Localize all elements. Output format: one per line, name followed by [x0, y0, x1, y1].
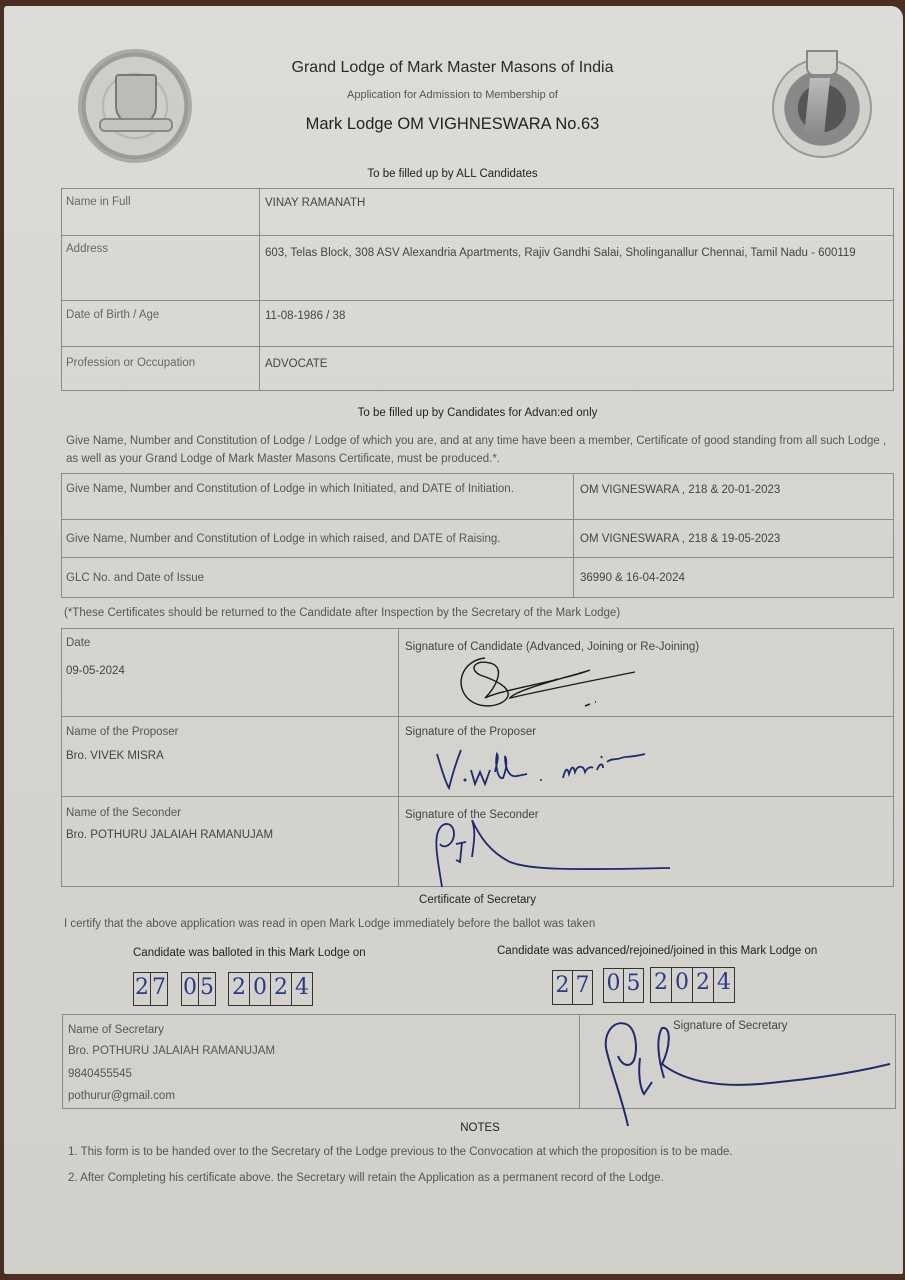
digit: 2: [229, 973, 250, 1005]
digit: 2: [271, 973, 292, 1005]
dob-label: Date of Birth / Age: [66, 309, 159, 321]
balloted-month-boxes[interactable]: 0 5: [181, 972, 216, 1006]
digit: 2: [134, 973, 151, 1005]
date-value[interactable]: 09-05-2024: [66, 665, 125, 677]
digit: 5: [199, 973, 215, 1005]
advanced-instructions: Give Name, Number and Constitution of Lo…: [66, 432, 892, 468]
balloted-day-boxes[interactable]: 2 7: [133, 972, 168, 1006]
digit: 2: [651, 968, 672, 1002]
proposer-signature[interactable]: [435, 742, 665, 792]
secretary-phone[interactable]: 9840455545: [68, 1068, 132, 1080]
proposer-signature-label: Signature of the Proposer: [405, 726, 536, 738]
address-label: Address: [66, 243, 108, 255]
note-2: 2. After Completing his certificate abov…: [68, 1172, 664, 1184]
digit: 7: [573, 971, 592, 1004]
raising-label: Give Name, Number and Constitution of Lo…: [66, 533, 500, 545]
digit: 4: [714, 968, 734, 1002]
org-title: Grand Lodge of Mark Master Masons of Ind…: [0, 59, 905, 77]
secretary-name[interactable]: Bro. POTHURU JALAIAH RAMANUJAM: [68, 1045, 275, 1057]
address-value[interactable]: 603, Telas Block, 308 ASV Alexandria Apa…: [265, 245, 887, 261]
notes-heading: NOTES: [0, 1122, 905, 1134]
secretary-statement: I certify that the above application was…: [64, 918, 595, 930]
secretary-certificate-heading: Certificate of Secretary: [0, 894, 905, 906]
lodge-title: Mark Lodge OM VIGHNESWARA No.63: [0, 115, 905, 134]
digit: 0: [182, 973, 199, 1005]
digit: 0: [672, 968, 693, 1002]
digit: 2: [553, 971, 573, 1004]
digit: 7: [151, 973, 167, 1005]
balloted-label: Candidate was balloted in this Mark Lodg…: [133, 947, 366, 959]
digit: 4: [292, 973, 312, 1005]
certificates-footnote: (*These Certificates should be returned …: [64, 607, 620, 619]
secretary-name-label: Name of Secretary: [68, 1024, 164, 1036]
balloted-year-boxes[interactable]: 2 0 2 4: [228, 972, 313, 1006]
glc-label: GLC No. and Date of Issue: [66, 572, 204, 584]
note-1: 1. This form is to be handed over to the…: [68, 1146, 733, 1158]
name-label: Name in Full: [66, 196, 131, 208]
proposer-name[interactable]: Bro. VIVEK MISRA: [66, 750, 164, 762]
digit: 2: [693, 968, 714, 1002]
advanced-year-boxes[interactable]: 2 0 2 4: [650, 967, 735, 1003]
dob-value[interactable]: 11-08-1986 / 38: [265, 310, 345, 322]
digit: 0: [604, 969, 624, 1002]
form-subtitle: Application for Admission to Membership …: [0, 89, 905, 101]
advanced-label: Candidate was advanced/rejoined/joined i…: [497, 945, 817, 957]
seconder-signature[interactable]: [430, 812, 690, 887]
advanced-month-boxes[interactable]: 0 5: [603, 968, 644, 1003]
profession-value[interactable]: ADVOCATE: [265, 358, 327, 370]
seconder-label: Name of the Seconder: [66, 807, 181, 819]
section-advanced-heading: To be filled up by Candidates for Advan:…: [0, 407, 905, 419]
initiation-value[interactable]: OM VIGNESWARA , 218 & 20-01-2023: [580, 484, 780, 496]
digit: 0: [250, 973, 271, 1005]
glc-value[interactable]: 36990 & 16-04-2024: [580, 572, 685, 584]
digit: 5: [624, 969, 643, 1002]
secretary-signature[interactable]: [600, 1018, 900, 1128]
section-all-heading: To be filled up by ALL Candidates: [0, 168, 905, 180]
proposer-label: Name of the Proposer: [66, 726, 179, 738]
secretary-email[interactable]: pothurur@gmail.com: [68, 1090, 175, 1102]
initiation-label: Give Name, Number and Constitution of Lo…: [66, 481, 568, 497]
candidate-signature[interactable]: [455, 650, 645, 720]
date-label: Date: [66, 637, 90, 649]
advanced-day-boxes[interactable]: 2 7: [552, 970, 593, 1005]
seconder-name[interactable]: Bro. POTHURU JALAIAH RAMANUJAM: [66, 829, 273, 841]
profession-label: Profession or Occupation: [66, 357, 195, 369]
raising-value[interactable]: OM VIGNESWARA , 218 & 19-05-2023: [580, 533, 780, 545]
name-value[interactable]: VINAY RAMANATH: [265, 197, 365, 209]
